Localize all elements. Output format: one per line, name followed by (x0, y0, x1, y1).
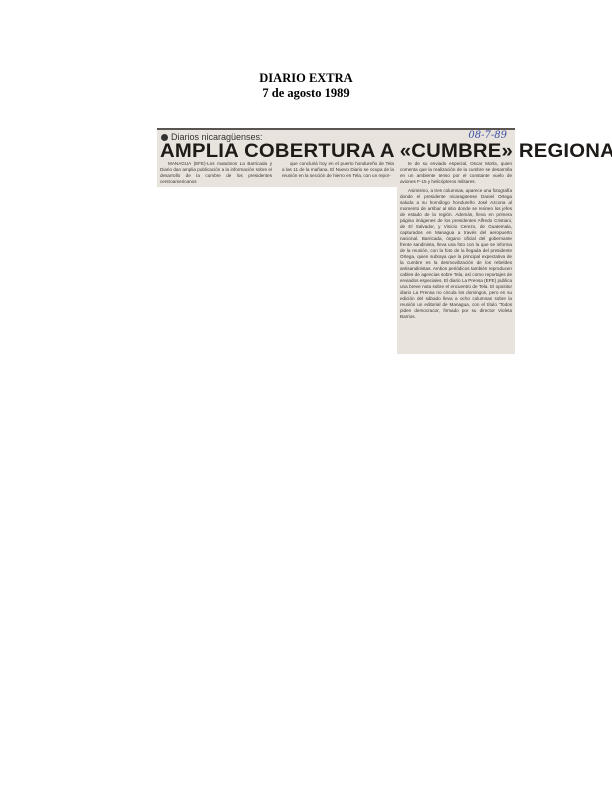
article-column-2: que concluirá hoy en el puerto hondureño… (282, 161, 394, 181)
column-text: te de su enviado especial, Oscar Morla, … (400, 161, 512, 185)
column-text: Asimismo, a tres columnas, aparece una f… (400, 188, 512, 320)
headline: AMPLIA COBERTURA A «CUMBRE» REGIONAL (160, 140, 612, 163)
column-text: MANAGUA (EFE)-Los matutinos La Barricada… (160, 161, 272, 185)
column-text: que concluirá hoy en el puerto hondureño… (282, 161, 394, 179)
publication-date: 7 de agosto 1989 (0, 86, 612, 101)
document-header: DIARIO EXTRA 7 de agosto 1989 (0, 71, 612, 101)
publication-name: DIARIO EXTRA (0, 71, 612, 86)
news-clipping-continued: Asimismo, a tres columnas, aparece una f… (397, 187, 515, 354)
article-column-3: te de su enviado especial, Oscar Morla, … (400, 161, 512, 187)
news-clipping: Diarios nicaragüenses: 08-7-89 AMPLIA CO… (157, 128, 515, 187)
article-column-1: MANAGUA (EFE)-Los matutinos La Barricada… (160, 161, 272, 187)
article-column-4: Asimismo, a tres columnas, aparece una f… (400, 188, 512, 353)
divider (157, 128, 515, 130)
